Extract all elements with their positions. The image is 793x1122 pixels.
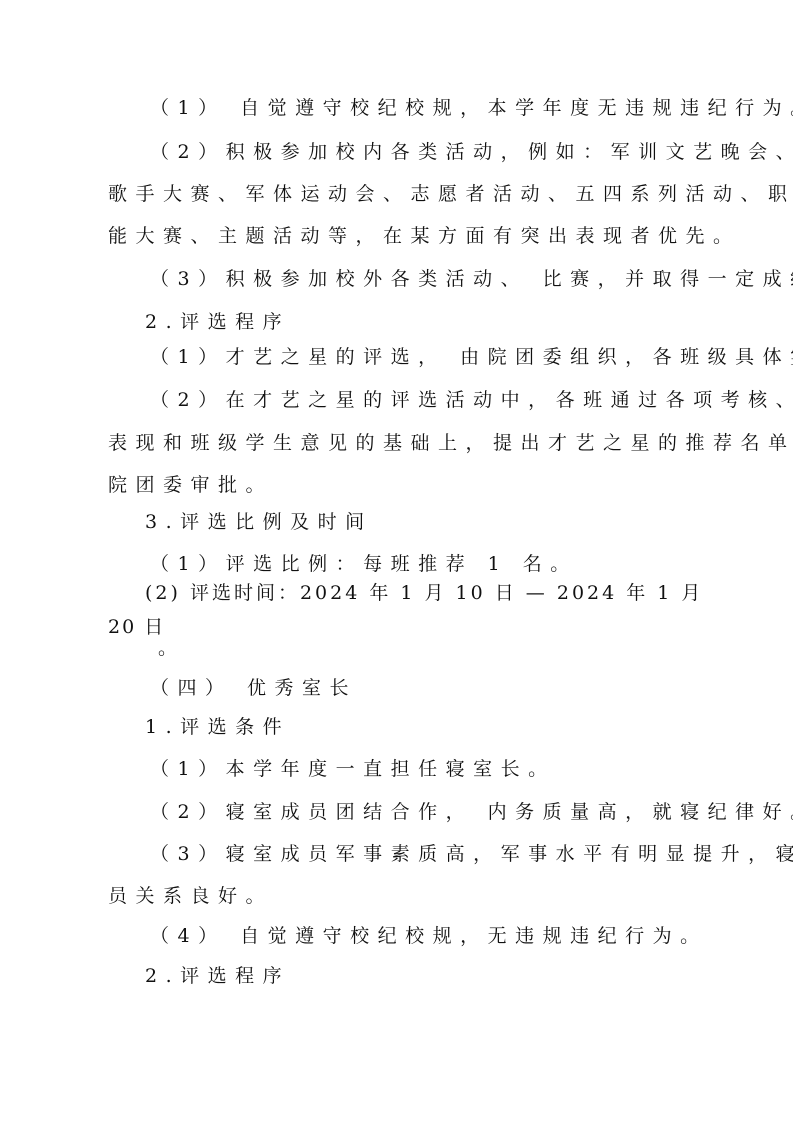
- procedure-2-continued: 表现和班级学生意见的基础上，提出才艺之星的推荐名单，报: [108, 431, 793, 455]
- dorm-criteria-3: （3）寝室成员军事素质高，军事水平有明显提升，寝室成: [150, 842, 793, 866]
- criteria-2-continued-end: 能大赛、主题活动等，在某方面有突出表现者优先。: [108, 224, 741, 248]
- criteria-2-campus-activities: （2）积极参加校内各类活动，例如：军训文艺晚会、校园: [150, 140, 793, 164]
- criteria-2-continued: 歌手大赛、军体运动会、志愿者活动、五四系列活动、职业技: [108, 182, 793, 206]
- dorm-criteria-3-continued: 员关系良好。: [108, 884, 273, 908]
- ratio-item: （1）评选比例：每班推荐 1 名。: [150, 552, 578, 576]
- section-heading-dorm-procedure: 2.评选程序: [145, 964, 290, 988]
- procedure-2-continued-end: 院团委审批。: [108, 473, 273, 497]
- section-heading-procedure: 2.评选程序: [145, 310, 290, 334]
- section-heading-criteria: 1.评选条件: [145, 715, 290, 739]
- dorm-criteria-4: （4） 自觉遵守校纪校规，无违规违纪行为。: [150, 924, 708, 948]
- dorm-criteria-1: （1）本学年度一直担任寝室长。: [150, 757, 556, 781]
- time-item: (2) 评选时间：2024 年 1 月 10 日 — 2024 年 1 月: [145, 581, 703, 605]
- time-item-period: 。: [158, 636, 186, 660]
- time-item-continued: 20 日: [108, 615, 165, 639]
- criteria-1-discipline: （1） 自觉遵守校纪校规，本学年度无违规违纪行为。: [150, 96, 793, 120]
- dorm-criteria-2: （2）寝室成员团结合作， 内务质量高，就寝纪律好。: [150, 800, 793, 824]
- procedure-1: （1）才艺之星的评选， 由院团委组织，各班级具体实施。: [150, 345, 793, 369]
- criteria-3-external-activities: （3）积极参加校外各类活动、 比赛，并取得一定成绩。: [150, 267, 793, 291]
- procedure-2: （2）在才艺之星的评选活动中，各班通过各项考核、综合: [150, 388, 793, 412]
- section-heading-dorm-leader: （四） 优秀室长: [150, 676, 357, 700]
- section-heading-ratio-time: 3.评选比例及时间: [145, 510, 373, 534]
